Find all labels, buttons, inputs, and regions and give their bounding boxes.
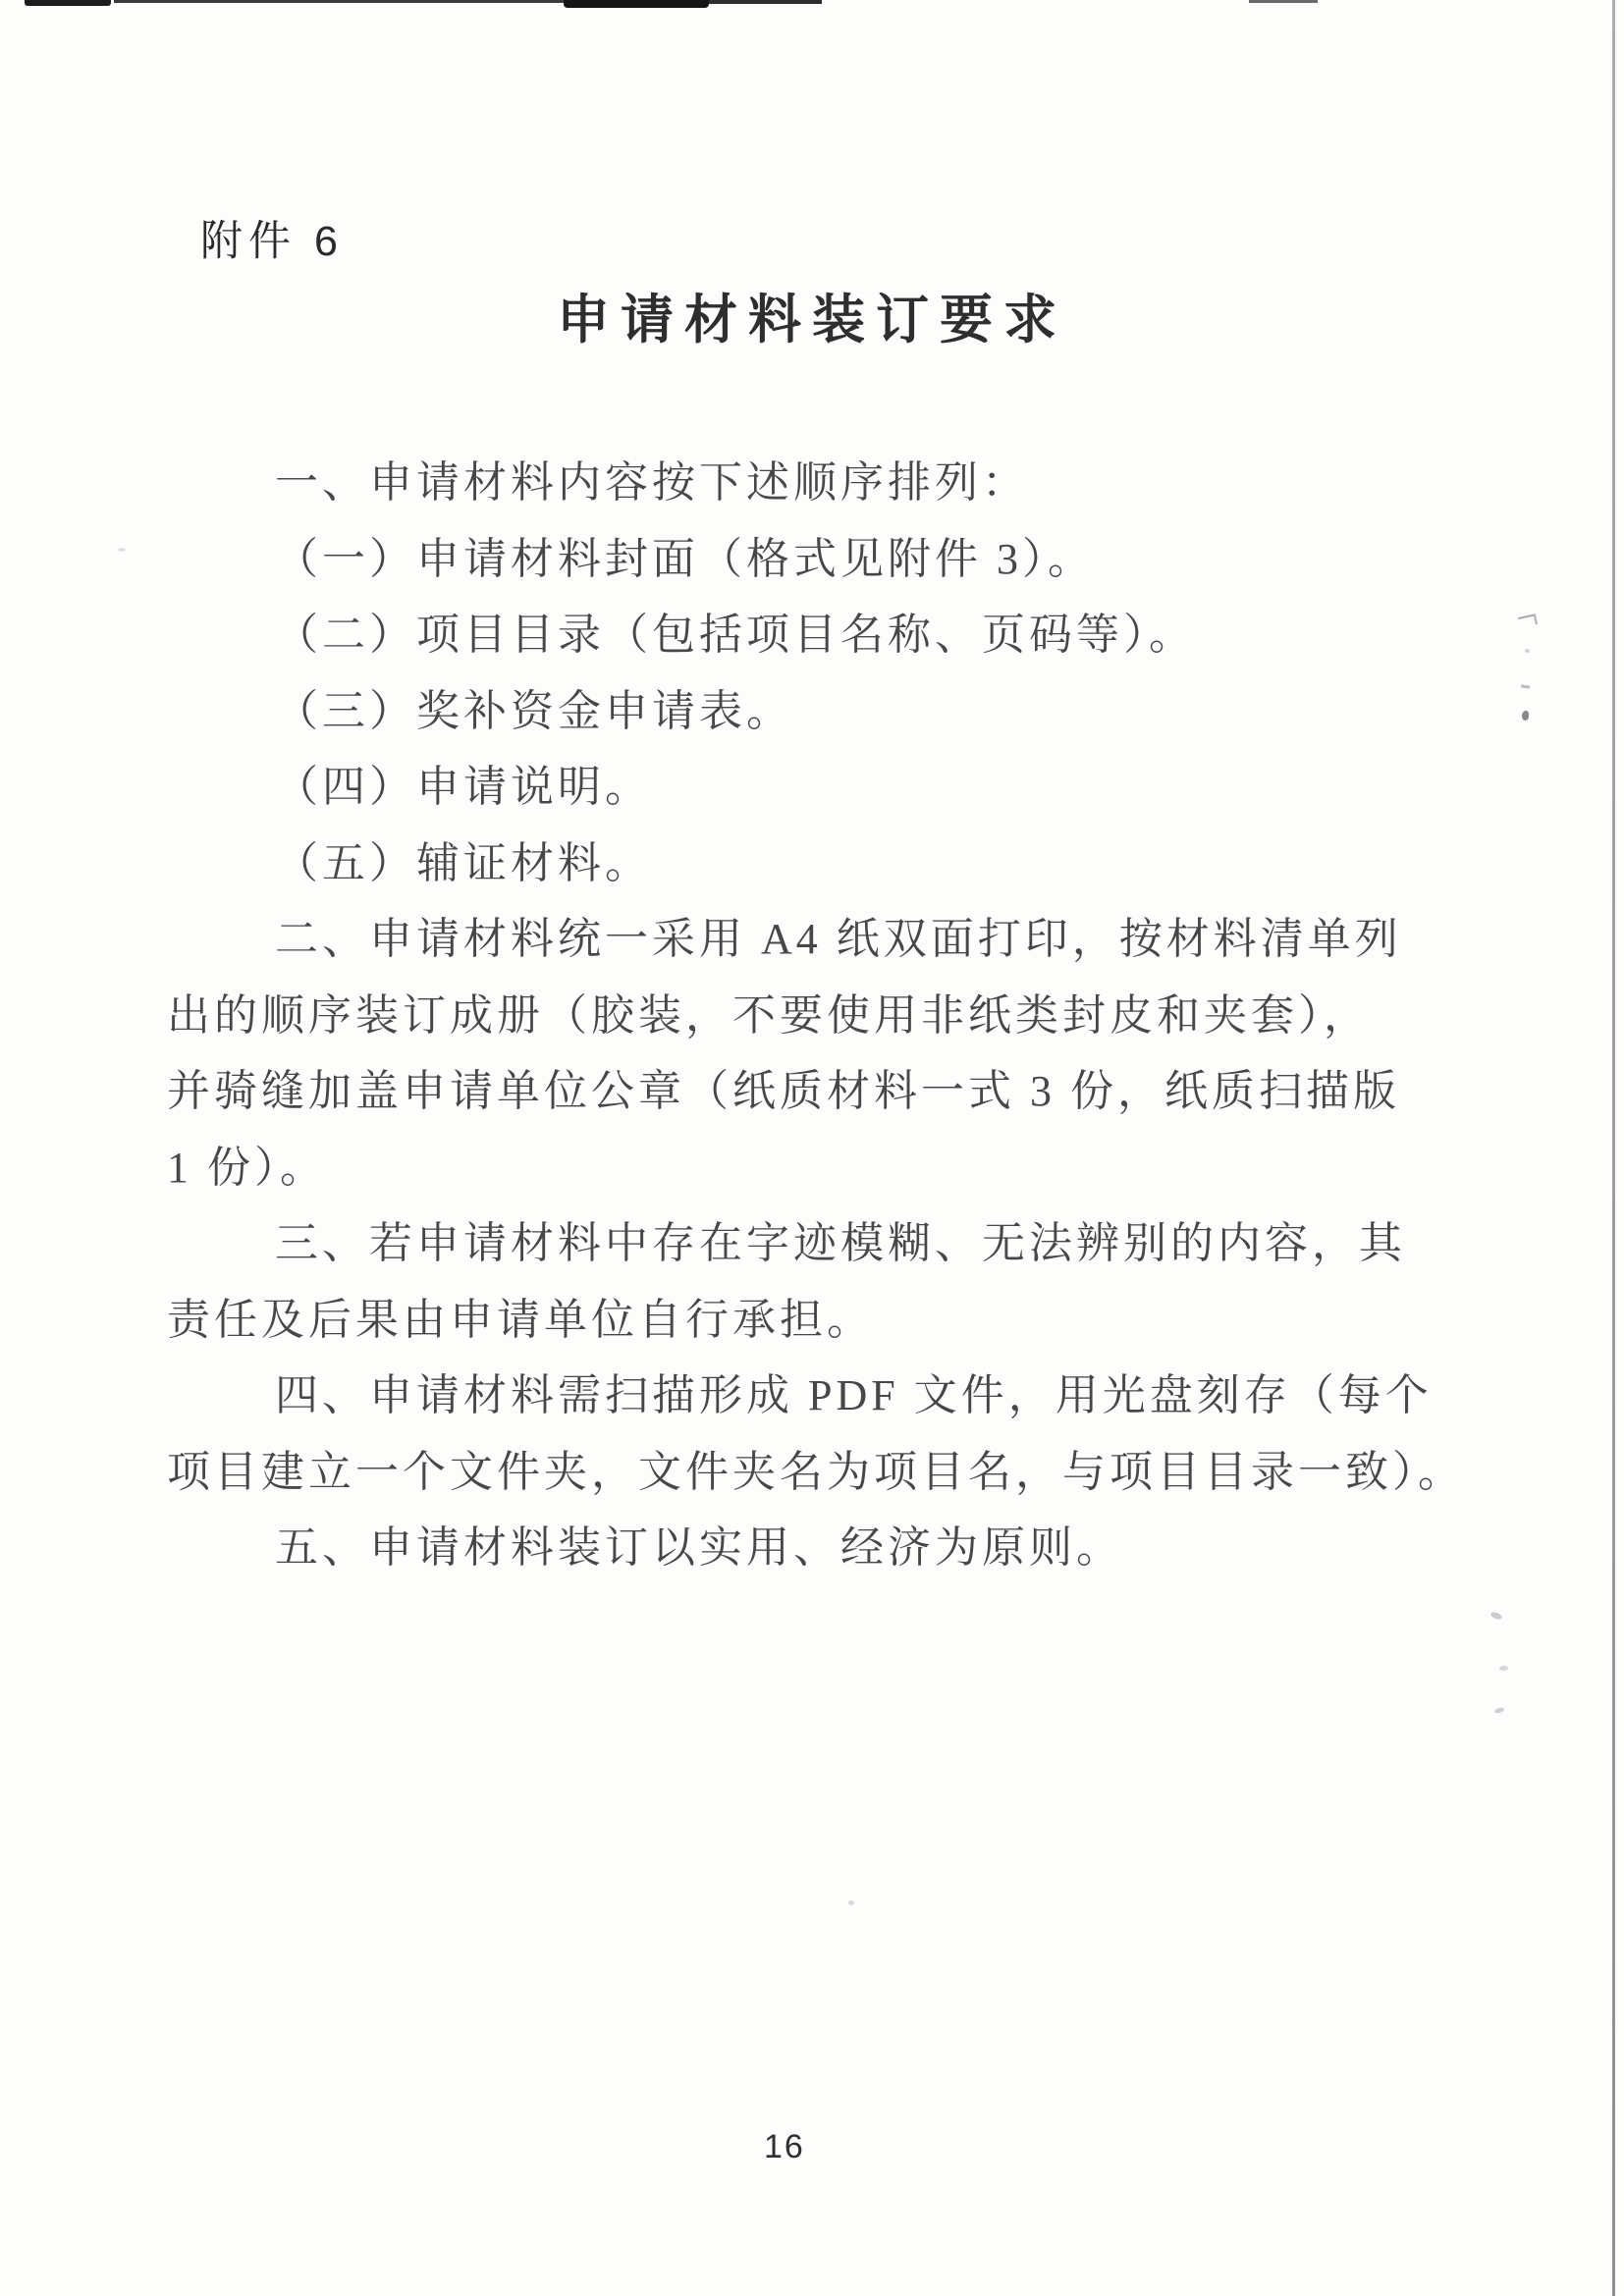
scan-artifact-speck [1525,649,1530,653]
body-line: （五）辅证材料。 [167,826,1394,902]
scan-artifact-top-edge [25,0,111,6]
scan-artifact-speck [1494,1707,1505,1714]
document-body: 一、申请材料内容按下述顺序排列： （一）申请材料封面（格式见附件 3）。 （二）… [167,445,1394,1586]
page-number: 16 [764,2128,805,2166]
body-line: 三、若申请材料中存在字迹模糊、无法辨别的内容，其 [167,1205,1394,1282]
scan-artifact-top-edge [1249,0,1318,3]
scan-artifact-top-edge [564,0,709,8]
scan-artifact-top-edge [709,0,822,4]
body-line: （二）项目目录（包括项目名称、页码等）。 [167,597,1394,673]
body-line: 一、申请材料内容按下述顺序排列： [167,445,1394,521]
body-line: （一）申请材料封面（格式见附件 3）。 [167,521,1394,598]
body-line: 项目建立一个文件夹，文件夹名为项目名，与项目目录一致）。 [167,1434,1394,1511]
body-line: 四、申请材料需扫描形成 PDF 文件，用光盘刻存（每个 [167,1358,1394,1434]
body-line: （三）奖补资金申请表。 [167,673,1394,750]
attachment-label: 附件 6 [200,208,344,268]
document-page: 附件 6 申请材料装订要求 一、申请材料内容按下述顺序排列： （一）申请材料封面… [0,0,1624,2296]
scan-artifact-speck [1522,711,1529,721]
scan-artifact-top-edge [114,0,564,3]
scan-artifact-speck [1499,1666,1508,1671]
scan-artifact-speck [1518,614,1538,628]
body-line: 并骑缝加盖申请单位公章（纸质材料一式 3 份，纸质扫描版 [167,1053,1394,1130]
scan-artifact-speck [1521,684,1530,688]
body-line: 责任及后果由申请单位自行承担。 [167,1282,1394,1359]
document-title: 申请材料装订要求 [0,278,1624,353]
scan-artifact-speck [848,1900,854,1905]
scan-artifact-speck [118,548,126,552]
scan-artifact-speck [1489,1611,1502,1621]
body-line: 二、申请材料统一采用 A4 纸双面打印，按材料清单列 [167,901,1394,978]
body-line: （四）申请说明。 [167,749,1394,826]
body-line: 1 份）。 [167,1130,1394,1206]
body-line: 五、申请材料装订以实用、经济为原则。 [167,1510,1394,1586]
body-line: 出的顺序装订成册（胶装，不要使用非纸类封皮和夹套）， [167,978,1394,1054]
